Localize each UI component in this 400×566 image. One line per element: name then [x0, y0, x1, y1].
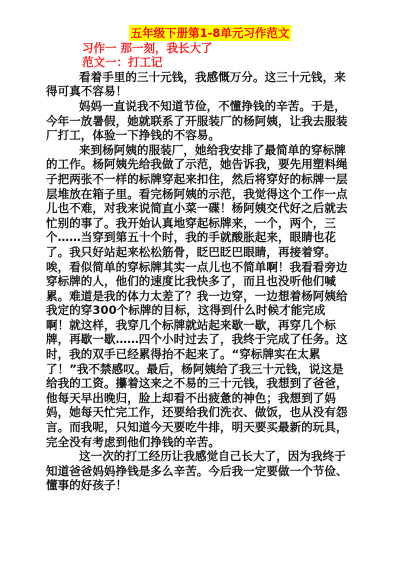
- essay-title-heading: 范文一：打工记: [46, 55, 348, 70]
- exercise-heading: 习作一 那一刻，我长大了: [46, 41, 348, 56]
- document-title: 五年级下册第1-8单元习作范文: [129, 25, 292, 41]
- paragraph-4: 这一次的打工经历让我感觉自己长大了，因为我终于知道爸爸妈妈挣钱是多么辛苦。今后我…: [46, 449, 348, 493]
- paragraph-2: 妈妈一直说我不知道节俭，不懂挣钱的辛苦。于是，今年一放暑假，她就联系了开服装厂的…: [46, 99, 348, 143]
- paragraph-1: 看着手里的三十元钱，我感慨万分。这三十元钱，来得可真不容易！: [46, 70, 348, 99]
- paragraph-3: 来到杨阿姨的服装厂，她给我安排了最简单的穿标牌的工作。杨阿姨先给我做了示范，她告…: [46, 143, 348, 449]
- document-title-row: 五年级下册第1-8单元习作范文: [46, 26, 348, 41]
- document-page: 五年级下册第1-8单元习作范文 习作一 那一刻，我长大了 范文一：打工记 看着手…: [0, 0, 400, 566]
